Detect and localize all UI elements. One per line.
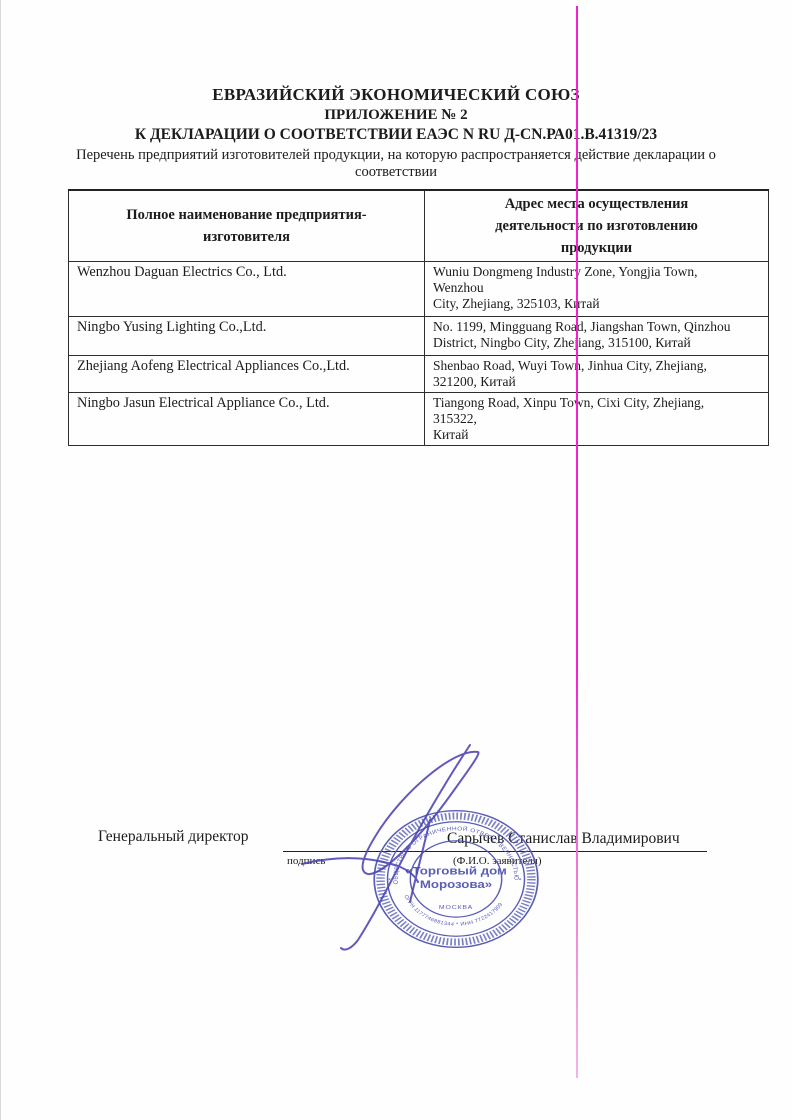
- manufacturer-name-cell: Ningbo Yusing Lighting Co.,Ltd.: [69, 317, 425, 356]
- scan-artifact-line: [576, 6, 578, 1078]
- table-row: Wenzhou Daguan Electrics Co., Ltd. Wuniu…: [69, 262, 769, 317]
- table-header-name: Полное наименование предприятия- изготов…: [69, 190, 425, 262]
- stamp-city: МОСКВА: [439, 905, 473, 911]
- manufacturer-address-cell: Shenbao Road, Wuyi Town, Jinhua City, Zh…: [425, 356, 769, 393]
- stamp-star-right: *: [519, 878, 522, 884]
- stamp-company-name-line2: Морозова»: [420, 878, 492, 891]
- manufacturers-table: Полное наименование предприятия- изготов…: [68, 189, 769, 446]
- document-description: Перечень предприятий изготовителей проду…: [40, 147, 752, 181]
- manufacturer-address-cell: Wuniu Dongmeng Industry Zone, Yongjia To…: [425, 262, 769, 317]
- table-header-address: Адрес места осуществления деятельности п…: [425, 190, 769, 262]
- stamp-company-name-line1: «Торговый дом: [405, 865, 507, 878]
- document-page: ЕВРАЗИЙСКИЙ ЭКОНОМИЧЕСКИЙ СОЮЗ ПРИЛОЖЕНИ…: [0, 0, 792, 1120]
- table-row: Ningbo Jasun Electrical Appliance Co., L…: [69, 393, 769, 446]
- table-row: Zhejiang Aofeng Electrical Appliances Co…: [69, 356, 769, 393]
- manufacturer-address-cell: No. 1199, Mingguang Road, Jiangshan Town…: [425, 317, 769, 356]
- table-header-row: Полное наименование предприятия- изготов…: [69, 190, 769, 262]
- union-title: ЕВРАЗИЙСКИЙ ЭКОНОМИЧЕСКИЙ СОЮЗ: [40, 85, 752, 105]
- table-row: Ningbo Yusing Lighting Co.,Ltd. No. 1199…: [69, 317, 769, 356]
- company-stamp: ОБЩЕСТВО С ОГРАНИЧЕННОЙ ОТВЕТСТВЕННОСТЬЮ…: [371, 808, 541, 950]
- director-role-label: Генеральный директор: [98, 828, 249, 846]
- scan-edge-artifact: [0, 0, 1, 1120]
- manufacturer-name-cell: Zhejiang Aofeng Electrical Appliances Co…: [69, 356, 425, 393]
- manufacturer-name-cell: Ningbo Jasun Electrical Appliance Co., L…: [69, 393, 425, 446]
- manufacturer-address-cell: Tiangong Road, Xinpu Town, Cixi City, Zh…: [425, 393, 769, 446]
- appendix-title: ПРИЛОЖЕНИЕ № 2: [40, 107, 752, 124]
- document-header: ЕВРАЗИЙСКИЙ ЭКОНОМИЧЕСКИЙ СОЮЗ ПРИЛОЖЕНИ…: [40, 85, 752, 181]
- signature-caption: подпись: [287, 855, 325, 867]
- stamp-star-left: *: [388, 878, 391, 884]
- declaration-number-title: К ДЕКЛАРАЦИИ О СООТВЕТСТВИИ ЕАЭС N RU Д-…: [40, 126, 752, 144]
- manufacturer-name-cell: Wenzhou Daguan Electrics Co., Ltd.: [69, 262, 425, 317]
